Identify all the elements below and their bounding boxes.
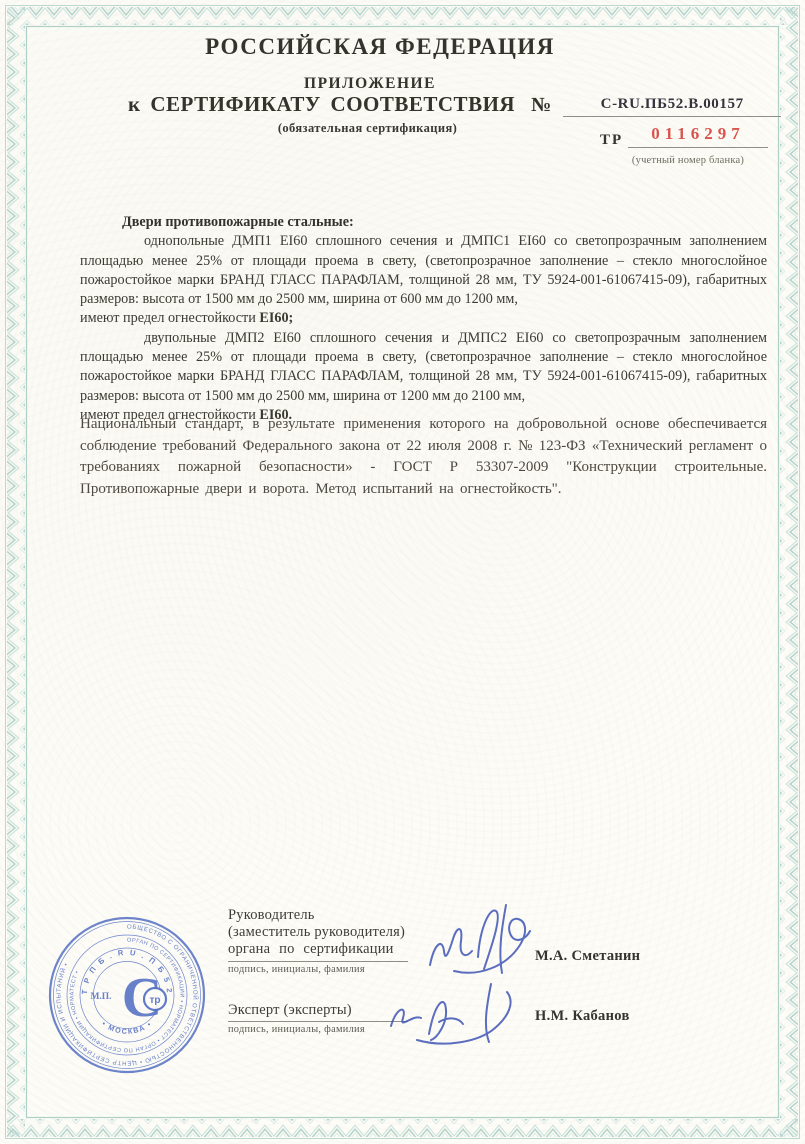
fire-rating-line-1: имеют предел огнестойкости EI60; xyxy=(80,309,767,328)
certificate-number: C-RU.ПБ52.В.00157 xyxy=(563,96,781,117)
paragraph-double-leaf-doors: двупольные ДМП2 EI60 сплошного сечения и… xyxy=(80,329,767,406)
head-signature xyxy=(420,893,540,988)
head-name: М.А. Сметанин xyxy=(535,948,640,965)
certification-kind-subtitle: (обязательная сертификация) xyxy=(180,121,555,136)
role1-line2: (заместитель руководителя) xyxy=(228,924,428,941)
stamp-mp-label: М.П. xyxy=(90,992,111,1002)
tr-label: ТР xyxy=(600,132,623,149)
expert-name: Н.М. Кабанов xyxy=(535,1008,630,1025)
blank-number-caption: (учетный номер бланка) xyxy=(610,155,766,166)
product-description: Двери противопожарные стальные: однополь… xyxy=(80,213,767,425)
national-standard-paragraph: Национальный стандарт, в результате прим… xyxy=(80,414,767,500)
signature-caption-2: подпись, инициалы, фамилия xyxy=(228,1024,365,1035)
head-of-body-role: Руководитель (заместитель руководителя) … xyxy=(228,907,428,958)
country-title: РОССИЙСКАЯ ФЕДЕРАЦИЯ xyxy=(0,34,760,60)
certificate-title: к СЕРТИФИКАТУ СООТВЕТСТВИЯ xyxy=(128,92,515,117)
blank-number: 0116297 xyxy=(628,124,768,148)
product-heading: Двери противопожарные стальные: xyxy=(80,213,767,232)
paragraph-single-leaf-doors: однопольные ДМП1 EI60 сплошного сечения … xyxy=(80,232,767,309)
fire-rating-value-1: EI60; xyxy=(259,310,293,326)
certificate-title-row: к СЕРТИФИКАТУ СООТВЕТСТВИЯ № C-RU.ПБ52.В… xyxy=(128,92,781,117)
signature-caption-1: подпись, инициалы, фамилия xyxy=(228,964,365,975)
fire-rating-prefix-1: имеют предел огнестойкости xyxy=(80,310,259,326)
signature-line-1 xyxy=(228,961,408,962)
certificate-page: РОССИЙСКАЯ ФЕДЕРАЦИЯ ПРИЛОЖЕНИЕ к СЕРТИФ… xyxy=(0,0,805,1144)
expert-signature xyxy=(383,978,538,1050)
round-seal-stamp: ОБЩЕСТВО С ОГРАНИЧЕННОЙ ОТВЕТСТВЕННОСТЬЮ… xyxy=(44,912,210,1078)
doc-type-title: ПРИЛОЖЕНИЕ xyxy=(0,75,740,93)
signature-line-2 xyxy=(228,1021,408,1022)
number-sign: № xyxy=(531,94,551,117)
stamp-logo-mark: тр xyxy=(149,995,160,1006)
role1-line1: Руководитель xyxy=(228,907,428,924)
role1-line3: органа по сертификации xyxy=(228,941,428,958)
